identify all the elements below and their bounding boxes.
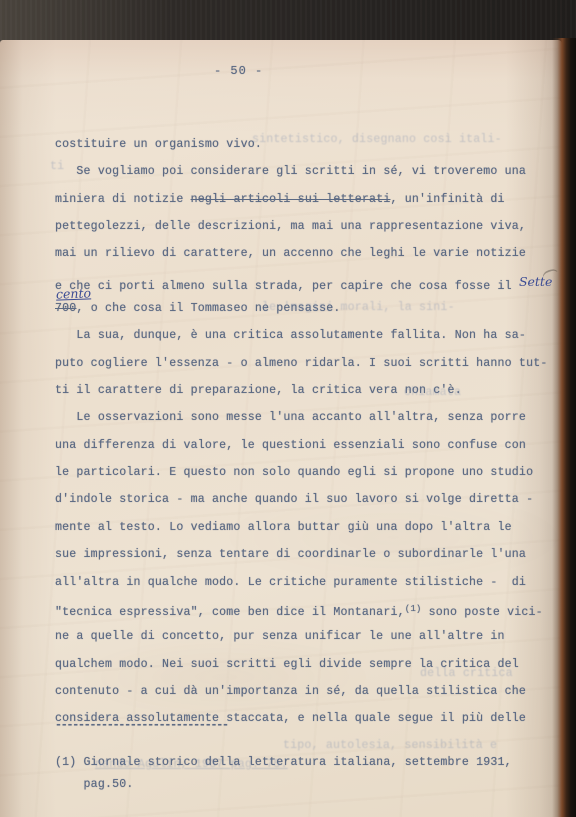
text-line: ti il carattere di preparazione, la crit… bbox=[55, 377, 555, 404]
text-line: le particolari. E questo non solo quando… bbox=[55, 459, 555, 486]
segment-text: all'altra in qualche modo. Le critiche p… bbox=[55, 576, 526, 589]
segment-text: pettegolezzi, delle descrizioni, ma mai … bbox=[55, 220, 526, 233]
segment-text: , un'infinità di bbox=[390, 193, 504, 206]
scanned-book-page: - 50 - costituire un organismo vivo. Se … bbox=[0, 0, 576, 817]
handwritten-correction: cento bbox=[56, 285, 92, 301]
footnote-separator: ------------------------------ bbox=[55, 719, 228, 732]
bleedthrough-ghost-text: sintetistico, disegnano così itali- bbox=[252, 133, 502, 146]
text-line: d'indole storica - ma anche quando il su… bbox=[55, 486, 555, 513]
segment-strike: 700 bbox=[55, 302, 76, 315]
bleedthrough-ghost-text: della critica bbox=[420, 667, 513, 680]
paper-sheet: - 50 - costituire un organismo vivo. Se … bbox=[0, 40, 562, 817]
segment-text: sue impressioni, senza tentare di coordi… bbox=[55, 548, 526, 561]
bleedthrough-ghost-text: nando Agulin, 1937 pag. 75. bbox=[95, 758, 288, 771]
footnote-line: pag.50. bbox=[55, 774, 512, 796]
text-line: e che ci porti almeno sulla strada, per … bbox=[55, 268, 555, 295]
segment-text: ti il carattere di preparazione, la crit… bbox=[55, 384, 462, 397]
segment-text: Se vogliamo poi considerare gli scritti … bbox=[55, 165, 526, 178]
page-number: - 50 - bbox=[214, 64, 263, 78]
bleedthrough-ghost-text: chiamata bbox=[404, 386, 461, 399]
segment-text: costituire un organismo vivo. bbox=[55, 138, 262, 151]
book-cover-edge bbox=[552, 38, 576, 817]
segment-text: miniera di notizie bbox=[55, 193, 191, 206]
segment-text: le particolari. E questo non solo quando… bbox=[55, 466, 533, 479]
segment-text: e che ci porti almeno sulla strada, per … bbox=[55, 280, 519, 293]
segment-text: una differenza di valore, le questioni e… bbox=[55, 439, 526, 452]
segment-text: d'indole storica - ma anche quando il su… bbox=[55, 493, 533, 506]
text-line: miniera di notizie negli articoli sui le… bbox=[55, 186, 555, 213]
segment-strike: negli articoli sui letterati bbox=[191, 193, 391, 206]
text-line: Le osservazioni sono messe l'una accanto… bbox=[55, 404, 555, 431]
segment-text: contenuto - a cui dà un'importanza in sé… bbox=[55, 685, 526, 698]
segment-text: puto cogliere l'essenza - o almeno ridar… bbox=[55, 357, 547, 370]
text-line: una differenza di valore, le questioni e… bbox=[55, 432, 555, 459]
text-line: "tecnica espressiva", come ben dice il M… bbox=[55, 596, 555, 623]
segment-text: mai un rilievo di carattere, un accenno … bbox=[55, 247, 526, 260]
text-line: ne a quelle di concetto, pur senza unifi… bbox=[55, 623, 555, 650]
segment-text: ne a quelle di concetto, pur senza unifi… bbox=[55, 630, 505, 643]
segment-text: "tecnica espressiva", come ben dice il M… bbox=[55, 606, 405, 619]
typewritten-body: costituire un organismo vivo. Se vogliam… bbox=[55, 131, 555, 733]
text-line: puto cogliere l'essenza - o almeno ridar… bbox=[55, 350, 555, 377]
bleedthrough-ghost-text: tipo, autolesia, sensibilità e bbox=[283, 739, 497, 752]
text-line: pettegolezzi, delle descrizioni, ma mai … bbox=[55, 213, 555, 240]
segment-sup: (1) bbox=[405, 604, 422, 614]
bleedthrough-ghost-text: le 'magini morali, la sini- bbox=[262, 301, 455, 314]
bleedthrough-ghost-text: ti bbox=[50, 160, 64, 173]
text-line: Se vogliamo poi considerare gli scritti … bbox=[55, 158, 555, 185]
text-line: mente al testo. Lo vediamo allora buttar… bbox=[55, 514, 555, 541]
book-gutter-shadow bbox=[0, 0, 576, 44]
text-line: sue impressioni, senza tentare di coordi… bbox=[55, 541, 555, 568]
segment-text: La sua, dunque, è una critica assolutame… bbox=[55, 329, 526, 342]
text-line: contenuto - a cui dà un'importanza in sé… bbox=[55, 678, 555, 705]
text-line: mai un rilievo di carattere, un accenno … bbox=[55, 240, 555, 267]
text-line: all'altra in qualche modo. Le critiche p… bbox=[55, 569, 555, 596]
segment-text: Le osservazioni sono messe l'una accanto… bbox=[55, 411, 526, 424]
text-line: La sua, dunque, è una critica assolutame… bbox=[55, 322, 555, 349]
segment-text: mente al testo. Lo vediamo allora buttar… bbox=[55, 521, 512, 534]
segment-text: sono poste vici- bbox=[421, 606, 542, 619]
